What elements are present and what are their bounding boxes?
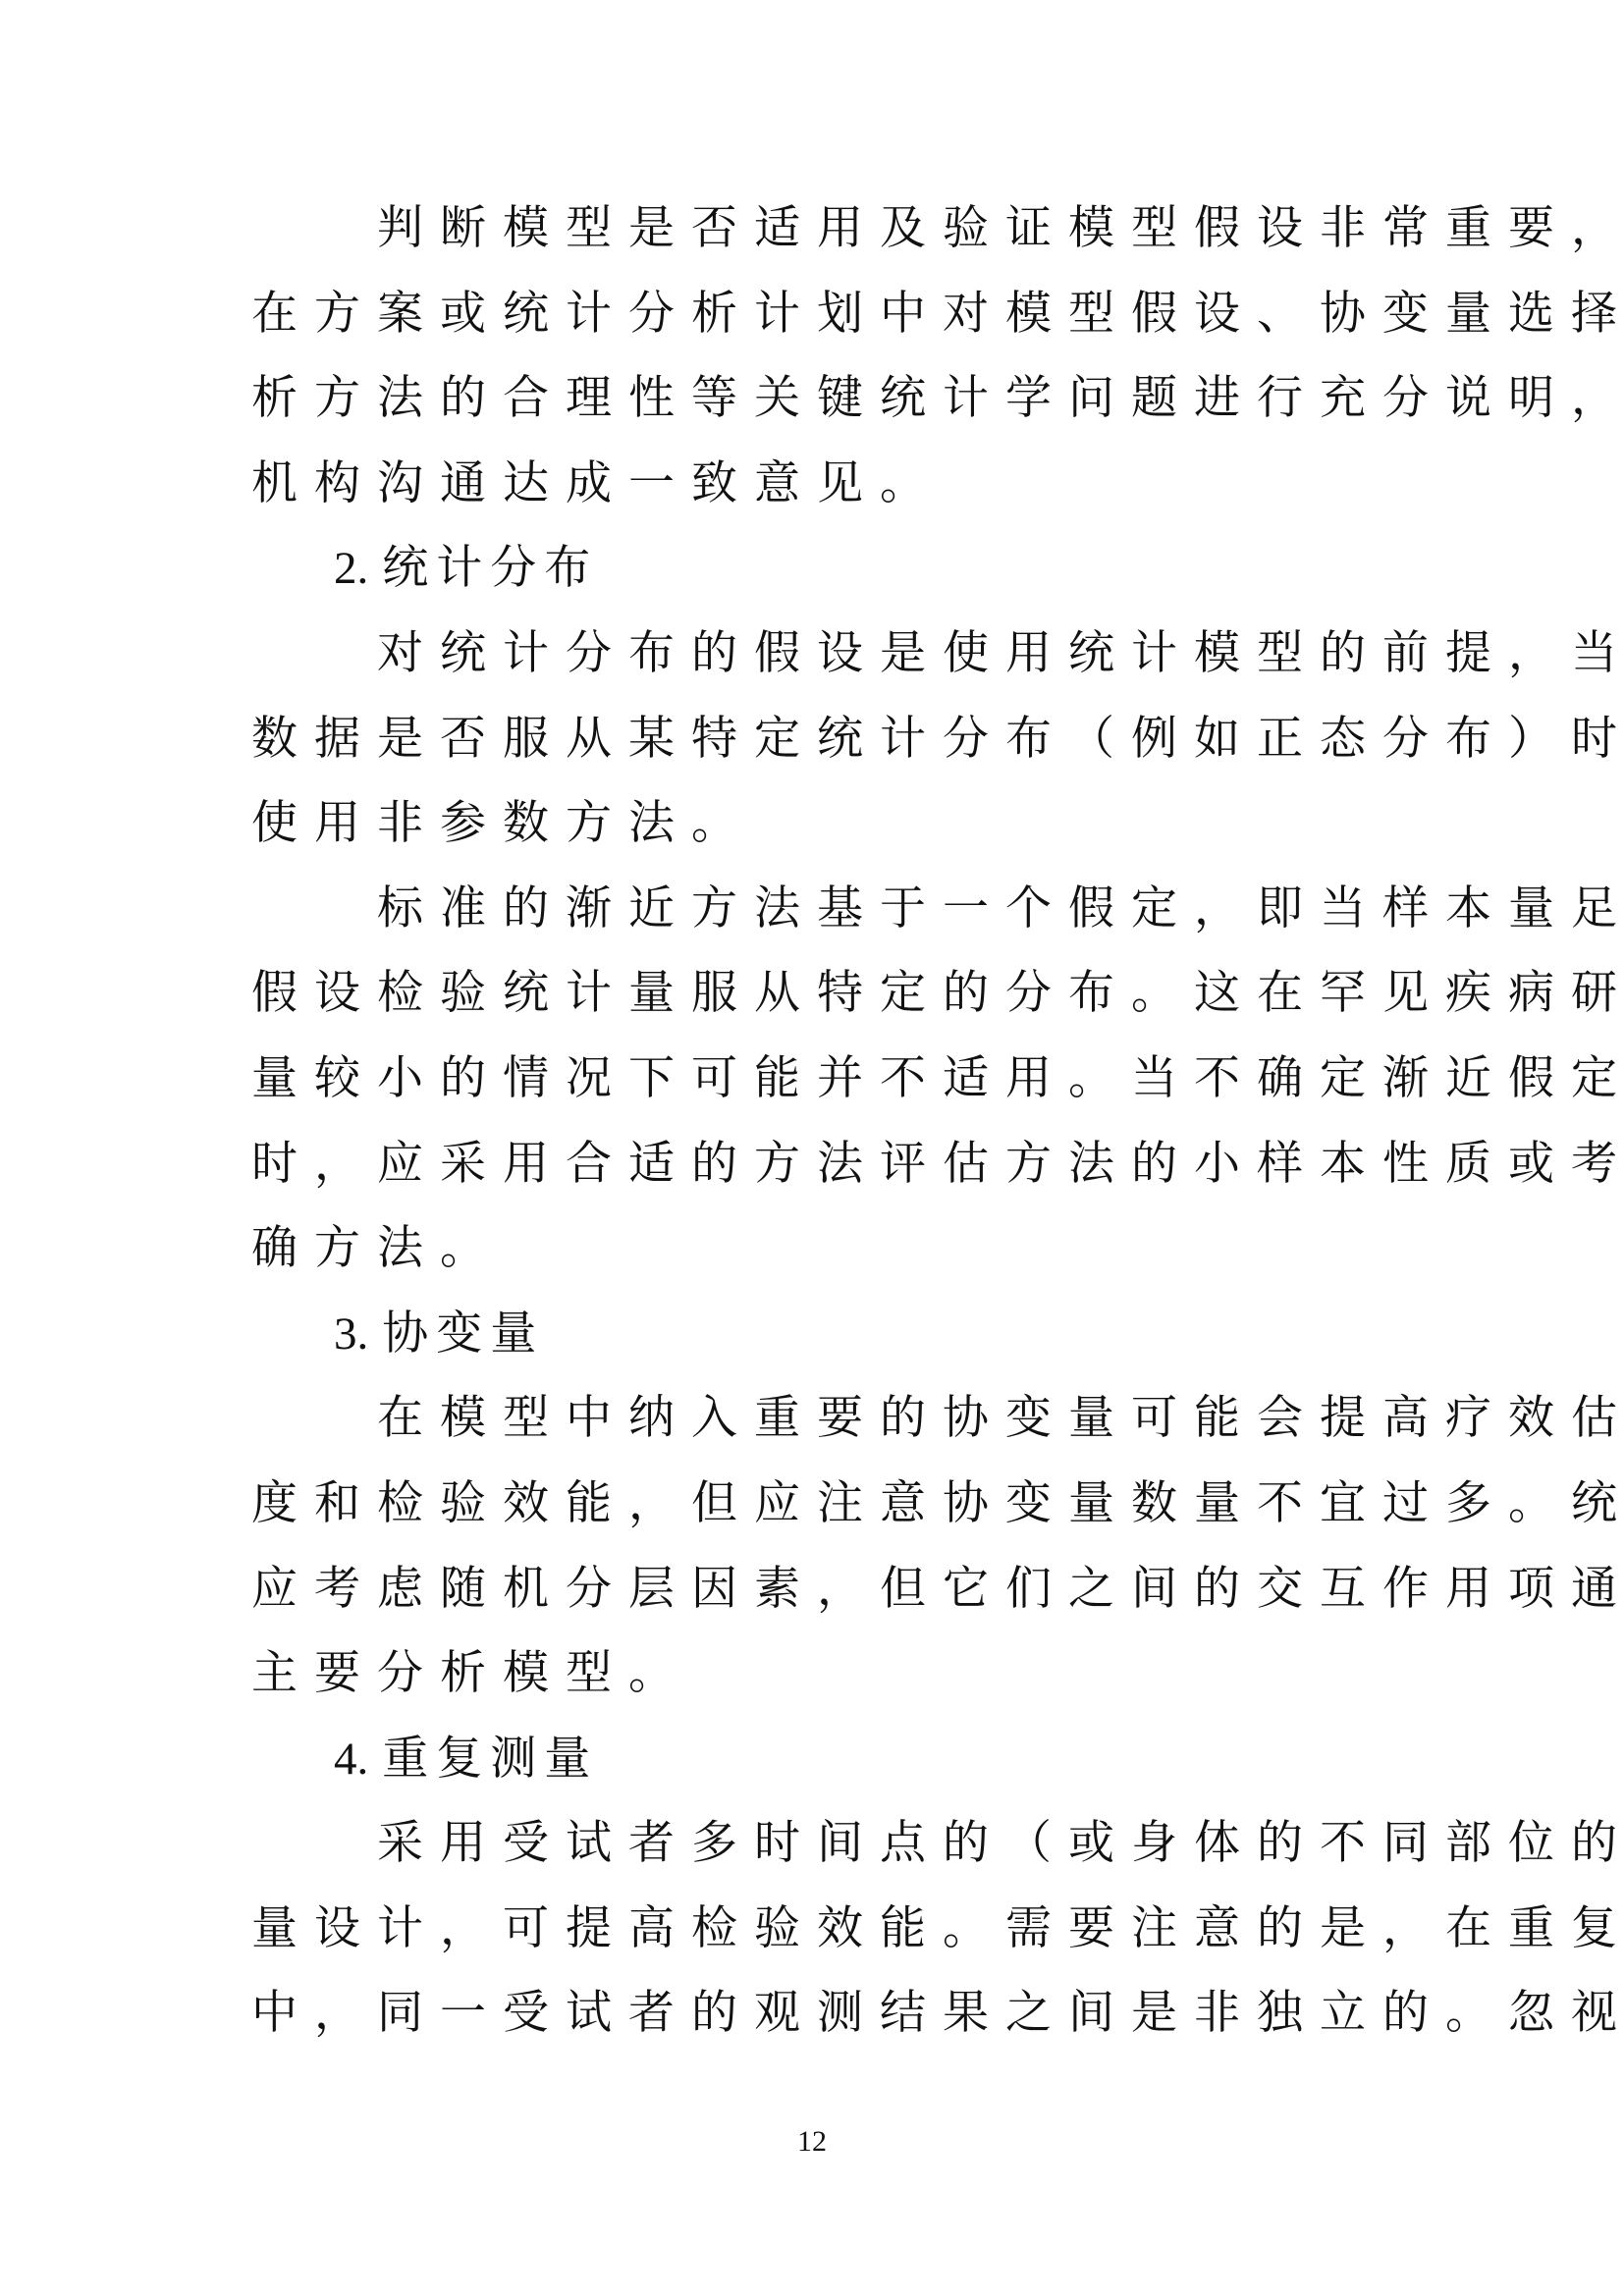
text-line: 判断模型是否适用及验证模型假设非常重要，申办者应 [251, 187, 1390, 272]
paragraph-model-assumptions: 判断模型是否适用及验证模型假设非常重要，申办者应 在方案或统计分析计划中对模型假… [251, 187, 1390, 526]
text-line: 析方法的合理性等关键统计学问题进行充分说明，并与监管 [251, 356, 1390, 442]
text-line: 假设检验统计量服从特定的分布。这在罕见疾病研究中样本 [251, 951, 1390, 1037]
heading-number: 4. [334, 1734, 368, 1785]
text-line: 在方案或统计分析计划中对模型假设、协变量选择及所用分 [251, 272, 1390, 357]
text-line: 采用受试者多时间点的（或身体的不同部位的）重复测 [251, 1801, 1390, 1887]
paragraph-covariates: 在模型中纳入重要的协变量可能会提高疗效估计的精 度和检验效能，但应注意协变量数量… [251, 1376, 1390, 1716]
heading-number: 2. [334, 543, 368, 594]
text-line: 确方法。 [251, 1206, 1390, 1292]
paragraph-asymptotic-methods: 标准的渐近方法基于一个假定，即当样本量足够大时， 假设检验统计量服从特定的分布。… [251, 867, 1390, 1292]
text-line: 对统计分布的假设是使用统计模型的前提，当无法确定 [251, 612, 1390, 697]
section-heading-statistical-distribution: 2.统计分布 [251, 526, 1390, 612]
page-number: 12 [0, 2125, 1624, 2159]
section-heading-covariates: 3.协变量 [251, 1292, 1390, 1377]
text-line: 数据是否服从某特定统计分布（例如正态分布）时，可考虑 [251, 697, 1390, 782]
heading-title: 统计分布 [382, 541, 598, 595]
text-line: 中，同一受试者的观测结果之间是非独立的。忽视这种非独 [251, 1971, 1390, 2056]
text-line: 量较小的情况下可能并不适用。当不确定渐近假定是否成立 [251, 1037, 1390, 1122]
paragraph-distribution-assumption: 对统计分布的假设是使用统计模型的前提，当无法确定 数据是否服从某特定统计分布（例… [251, 612, 1390, 867]
text-line: 量设计，可提高检验效能。需要注意的是，在重复测量设计 [251, 1887, 1390, 1972]
document-page: 判断模型是否适用及验证模型假设非常重要，申办者应 在方案或统计分析计划中对模型假… [0, 0, 1624, 2296]
heading-title: 重复测量 [382, 1732, 598, 1786]
text-line: 在模型中纳入重要的协变量可能会提高疗效估计的精 [251, 1376, 1390, 1462]
paragraph-repeated-measures: 采用受试者多时间点的（或身体的不同部位的）重复测 量设计，可提高检验效能。需要注… [251, 1801, 1390, 2056]
text-line: 机构沟通达成一致意见。 [251, 442, 1390, 527]
text-line: 应考虑随机分层因素，但它们之间的交互作用项通常不纳入 [251, 1547, 1390, 1632]
text-line: 标准的渐近方法基于一个假定，即当样本量足够大时， [251, 867, 1390, 952]
heading-number: 3. [334, 1308, 368, 1360]
text-line: 主要分析模型。 [251, 1631, 1390, 1717]
heading-title: 协变量 [382, 1307, 544, 1361]
text-line: 时，应采用合适的方法评估方法的小样本性质或考虑使用精 [251, 1122, 1390, 1207]
page-body: 判断模型是否适用及验证模型假设非常重要，申办者应 在方案或统计分析计划中对模型假… [251, 187, 1390, 2056]
text-line: 度和检验效能，但应注意协变量数量不宜过多。统计分析时 [251, 1462, 1390, 1547]
section-heading-repeated-measures: 4.重复测量 [251, 1717, 1390, 1802]
text-line: 使用非参数方法。 [251, 781, 1390, 867]
